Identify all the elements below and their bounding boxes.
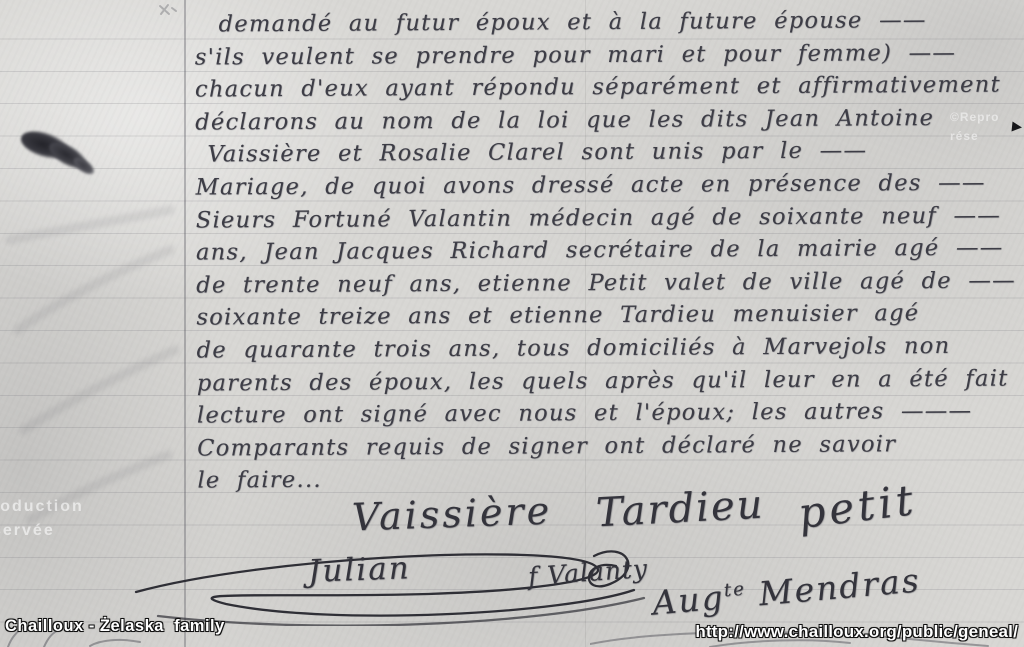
signature-mendras-prefix: Aug (651, 577, 726, 622)
caption-url-label: http://www.chailloux.org/public/geneal/ (695, 622, 1018, 642)
signature-mendras: Augte Mendras (651, 560, 922, 622)
signature-valantin-procuration: f Valanty (527, 554, 649, 591)
signature-vaissiere: Vaissière (351, 489, 552, 540)
bleed-through-marks (0, 180, 190, 540)
manuscript-line: Mariage, de quoi avons dressé acte en pr… (196, 166, 1024, 204)
manuscript-line: soixante treize ans et etienne Tardieu m… (196, 297, 1024, 335)
manuscript-line: chacun d'eux ayant répondu séparément et… (195, 69, 1023, 107)
signature-mendras-name: Mendras (757, 560, 922, 613)
manuscript-line: déclarons au nom de la loi que les dits … (195, 101, 1023, 139)
cursor-arrow-mark (1012, 122, 1023, 133)
manuscript-line: parents des époux, les quels après qu'il… (197, 362, 1024, 400)
manuscript-line: lecture ont signé avec nous et l'époux; … (197, 395, 1024, 433)
margin-rule-line (184, 0, 186, 647)
corner-scribble-mark (157, 2, 179, 18)
reproduction-watermark-left: servée (0, 522, 55, 540)
manuscript-line: s'ils veulent se prendre pour mari et po… (195, 36, 1023, 74)
manuscript-line: Sieurs Fortuné Valantin médecin agé de s… (196, 199, 1024, 237)
scanned-document-page: demandé au futur époux et à la future ép… (0, 0, 1024, 647)
manuscript-line: de quarante trois ans, tous domiciliés à… (197, 329, 1024, 367)
manuscript-line: Comparants requis de signer ont déclaré … (197, 427, 1024, 465)
manuscript-line: ans, Jean Jacques Richard secrétaire de … (196, 232, 1024, 270)
manuscript-text-block: demandé au futur époux et à la future ép… (195, 3, 1024, 497)
manuscript-line: demandé au futur époux et à la future ép… (195, 3, 1023, 41)
manuscript-line: Vaissière et Rosalie Clarel sont unis pa… (195, 134, 1023, 172)
manuscript-line: de trente neuf ans, etienne Petit valet … (196, 264, 1024, 302)
signature-julian: Julian (307, 550, 411, 590)
signature-mendras-superscript: te (723, 579, 747, 602)
reproduction-watermark-left: roduction (0, 498, 84, 516)
caption-family-label: Chailloux - Żelaska family (5, 617, 225, 636)
signature-tardieu: Tardieu (595, 482, 766, 537)
